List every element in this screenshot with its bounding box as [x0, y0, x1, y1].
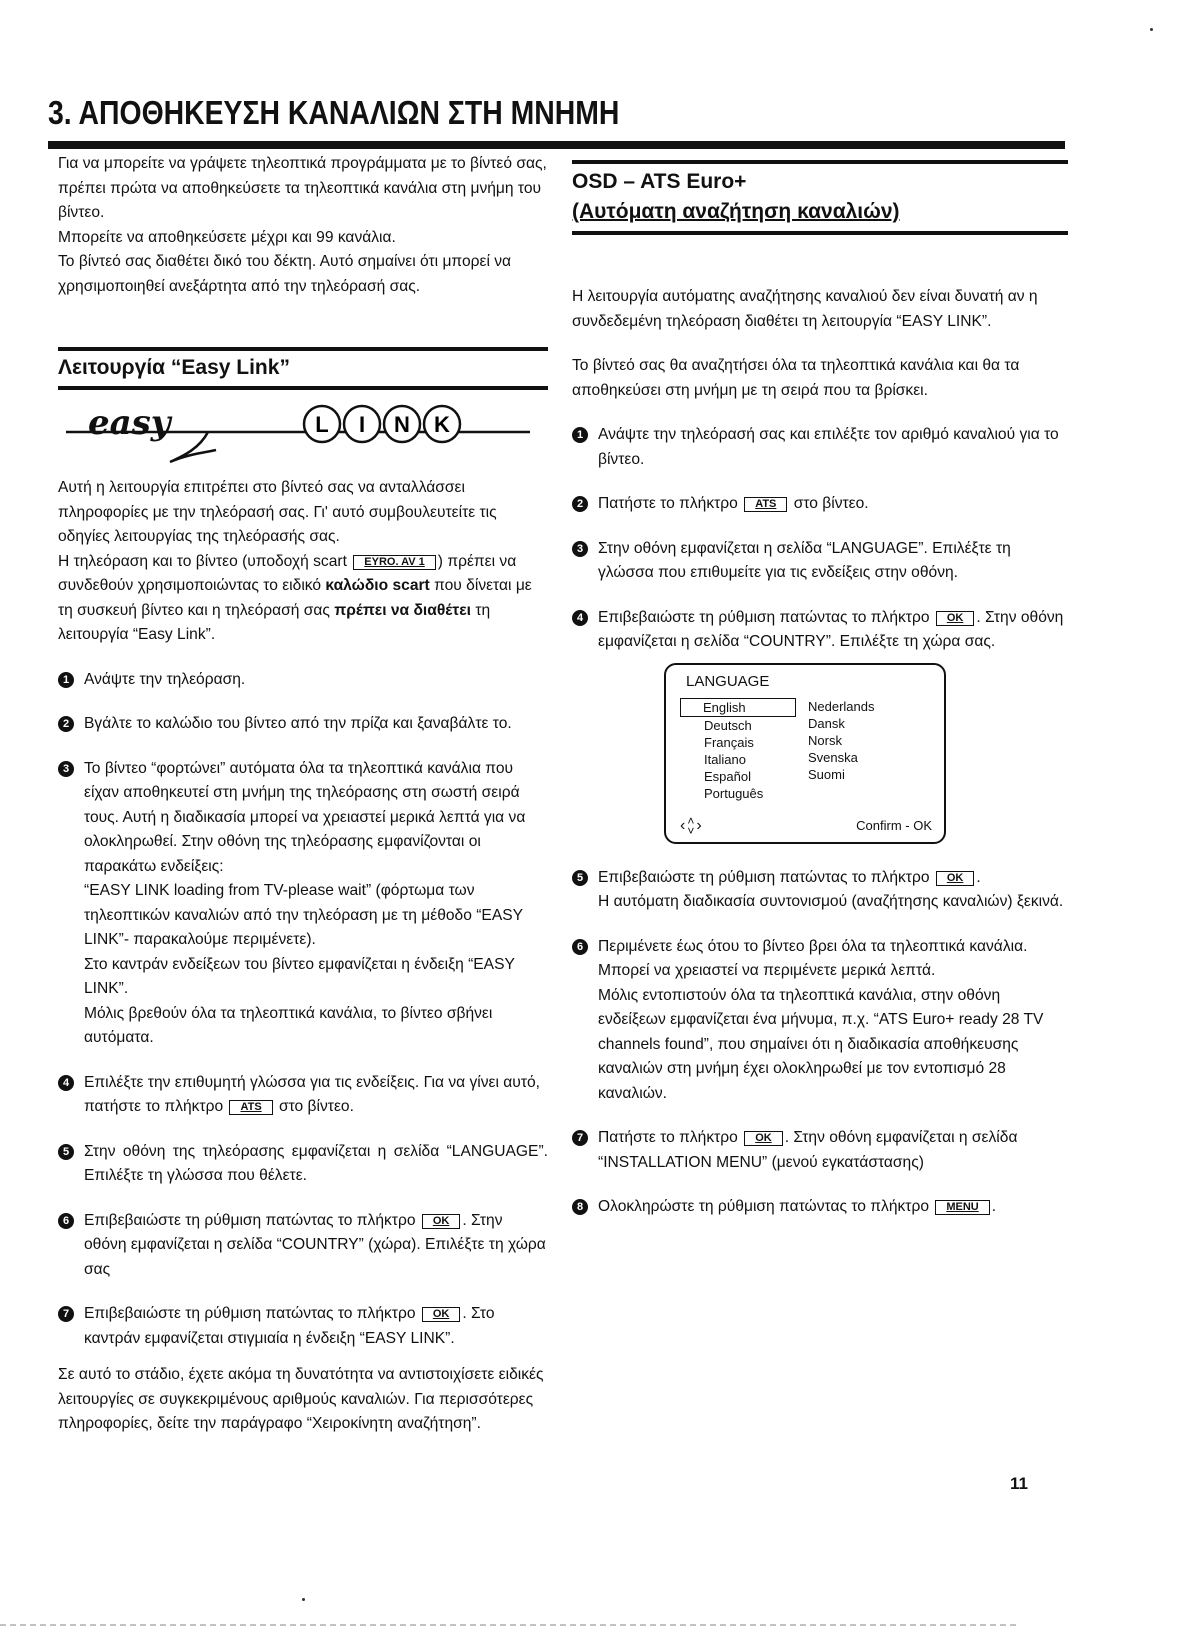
osd-option[interactable]: Español — [680, 768, 798, 785]
scan-artifact — [302, 1598, 305, 1601]
osd-language-column-1: English Deutsch Français Italiano Españo… — [680, 698, 798, 802]
osd-option[interactable]: Nederlands — [808, 698, 926, 715]
key-ok: OK — [936, 611, 975, 626]
step-number-icon: 7 — [572, 1130, 588, 1146]
title-rule — [48, 141, 1065, 149]
scan-artifact-line — [0, 1624, 1020, 1626]
step-number-icon: 2 — [572, 496, 588, 512]
osd-language-column-2: Nederlands Dansk Norsk Svenska Suomi — [808, 698, 926, 802]
osd-option[interactable]: Português — [680, 785, 798, 802]
section-heading-osd-ats: OSD – ATS Euro+ (Αυτόματη αναζήτηση κανα… — [572, 160, 1068, 235]
osd-option[interactable]: Norsk — [808, 732, 926, 749]
step-item: 1 Ανάψτε την τηλεόραση. — [58, 668, 548, 693]
step-item: 4 Επιλέξτε την επιθυμητή γλώσσα για τις … — [58, 1071, 548, 1120]
step-item: 4 Επιβεβαιώστε τη ρύθμιση πατώντας το πλ… — [572, 606, 1068, 655]
osd-option[interactable]: Français — [680, 734, 798, 751]
step-item: 3 Στην οθόνη εμφανίζεται η σελίδα “LANGU… — [572, 537, 1068, 586]
intro-paragraph: Η λειτουργία αυτόματης αναζήτησης καναλι… — [572, 285, 1068, 334]
svg-text:N: N — [394, 412, 410, 437]
description-paragraph: Αυτή η λειτουργία επιτρέπει στο βίντεό σ… — [58, 476, 548, 550]
step-number-icon: 3 — [58, 761, 74, 777]
four-way-arrows-icon: ‹˄˅› — [680, 816, 702, 836]
step-number-icon: 6 — [572, 939, 588, 955]
easy-link-logo: easy L I N K — [58, 396, 538, 466]
osd-option[interactable]: Deutsch — [680, 717, 798, 734]
logo-script-text: easy — [88, 403, 173, 443]
right-column: OSD – ATS Euro+ (Αυτόματη αναζήτηση κανα… — [572, 160, 1068, 1220]
step-item: 5 Στην οθόνη της τηλεόρασης εμφανίζεται … — [58, 1140, 548, 1189]
osd-language-screen: LANGUAGE English Deutsch Français Italia… — [664, 663, 946, 844]
osd-option[interactable]: Suomi — [808, 766, 926, 783]
step-item: 6 Περιμένετε έως ότου το βίντεο βρει όλα… — [572, 935, 1068, 1107]
intro-paragraph: Για να μπορείτε να γράψετε τηλεοπτικά πρ… — [58, 152, 548, 226]
osd-title: LANGUAGE — [686, 673, 932, 690]
page-number: 11 — [1010, 1474, 1028, 1494]
section-heading-easy-link: Λειτουργία “Easy Link” — [58, 347, 548, 390]
step-number-icon: 6 — [58, 1213, 74, 1229]
osd-option[interactable]: Italiano — [680, 751, 798, 768]
step-number-icon: 4 — [58, 1075, 74, 1091]
step-item: 8 Ολοκληρώστε τη ρύθμιση πατώντας το πλή… — [572, 1195, 1068, 1220]
step-number-icon: 4 — [572, 610, 588, 626]
key-ok: OK — [744, 1131, 783, 1146]
step-item: 7 Πατήστε το πλήκτρο OK. Στην οθόνη εμφα… — [572, 1126, 1068, 1175]
step-number-icon: 1 — [58, 672, 74, 688]
key-ok: OK — [422, 1307, 461, 1322]
key-ats: ATS — [229, 1100, 272, 1115]
step-item: 5 Επιβεβαιώστε τη ρύθμιση πατώντας το πλ… — [572, 866, 1068, 915]
svg-text:I: I — [359, 412, 365, 437]
key-euro-av1: EYRO. AV 1 — [353, 555, 436, 570]
step-item: 2 Πατήστε το πλήκτρο ATS στο βίντεο. — [572, 492, 1068, 517]
page-title: 3. ΑΠΟΘΗΚΕΥΣΗ ΚΑΝΑΛΙΩΝ ΣΤΗ ΜΝΗΜΗ — [48, 94, 619, 132]
step-item: 3 Το βίντεο “φορτώνει” αυτόματα όλα τα τ… — [58, 757, 548, 1051]
step-number-icon: 5 — [572, 870, 588, 886]
left-column: Για να μπορείτε να γράψετε τηλεοπτικά πρ… — [58, 152, 548, 1437]
intro-paragraph: Το βίντεό σας θα αναζητήσει όλα τα τηλεο… — [572, 354, 1068, 403]
osd-option[interactable]: Svenska — [808, 749, 926, 766]
step-number-icon: 1 — [572, 427, 588, 443]
step-item: 6 Επιβεβαιώστε τη ρύθμιση πατώντας το πλ… — [58, 1209, 548, 1283]
scan-artifact — [1150, 28, 1153, 31]
svg-text:L: L — [315, 412, 328, 437]
step-number-icon: 8 — [572, 1199, 588, 1215]
intro-paragraph: Το βίντεό σας διαθέτει δικό του δέκτη. Α… — [58, 250, 548, 299]
logo-letter-circles: L I N K — [304, 406, 460, 442]
step-item: 2 Βγάλτε το καλώδιο του βίντεο από την π… — [58, 712, 548, 737]
step-number-icon: 5 — [58, 1144, 74, 1160]
step-item: 1 Ανάψτε την τηλεόρασή σας και επιλέξτε … — [572, 423, 1068, 472]
osd-option-selected[interactable]: English — [680, 698, 796, 717]
intro-paragraph: Μπορείτε να αποθηκεύσετε μέχρι και 99 κα… — [58, 226, 548, 251]
step-number-icon: 2 — [58, 716, 74, 732]
key-ok: OK — [936, 871, 975, 886]
closing-paragraph: Σε αυτό το στάδιο, έχετε ακόμα τη δυνατό… — [58, 1363, 548, 1437]
step-number-icon: 7 — [58, 1306, 74, 1322]
key-ats: ATS — [744, 497, 787, 512]
description-paragraph: Η τηλεόραση και το βίντεο (υποδοχή scart… — [58, 550, 548, 648]
osd-confirm-label: Confirm - OK — [856, 817, 932, 834]
step-number-icon: 3 — [572, 541, 588, 557]
section-subheading: (Αυτόματη αναζήτηση καναλιών) — [572, 197, 1068, 235]
step-item: 7 Επιβεβαιώστε τη ρύθμιση πατώντας το πλ… — [58, 1302, 548, 1351]
key-menu: MENU — [935, 1200, 989, 1215]
osd-option[interactable]: Dansk — [808, 715, 926, 732]
svg-text:K: K — [434, 412, 450, 437]
key-ok: OK — [422, 1214, 461, 1229]
